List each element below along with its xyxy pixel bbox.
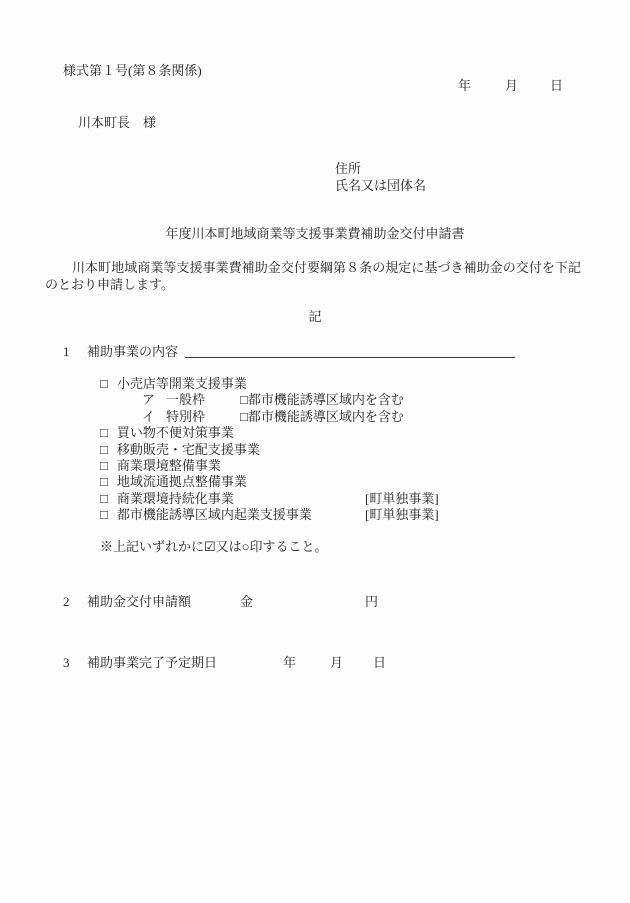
section3-label: 補助事業完了予定期日 <box>87 655 217 671</box>
check-instruction-note: ※上記いずれかに☑又は○印すること。 <box>100 539 328 555</box>
applicant-address-label: 住所 <box>335 161 361 177</box>
checkbox-label: 商業環境持続化事業 <box>117 491 234 506</box>
subitem-kana: ア <box>142 392 155 408</box>
amount-suffix-label: 円 <box>365 594 378 610</box>
checkbox-item-urban-startup-support: □都市機能誘導区域内起業支援事業 [町単独事業] <box>100 507 312 523</box>
checkbox-label: 地域流通拠点整備事業 <box>117 474 247 489</box>
checkbox-icon: □ <box>100 474 108 489</box>
subitem-label: 一般枠 <box>166 392 205 408</box>
subitem-option: □都市機能誘導区域内を含む <box>240 409 404 425</box>
checkbox-item-retail-opening: □小売店等開業支援事業 <box>100 376 312 392</box>
checkbox-label: 都市機能誘導区域内起業支援事業 <box>117 507 312 522</box>
checkbox-icon: □ <box>100 491 108 506</box>
applicant-name-label: 氏名又は団体名 <box>335 178 426 194</box>
section2-heading: 2 補助金交付申請額 金 円 <box>0 594 630 610</box>
checkbox-icon: □ <box>100 458 108 473</box>
completion-day-label: 日 <box>373 655 386 671</box>
town-project-bracket: [町単独事業] <box>365 507 439 523</box>
checkbox-label: 買い物不便対策事業 <box>117 425 234 440</box>
record-mark: 記 <box>0 309 630 325</box>
header-day-label: 日 <box>550 78 563 94</box>
section2-number: 2 <box>63 594 70 610</box>
section1-number: 1 <box>63 344 70 360</box>
checkbox-icon: □ <box>100 425 108 440</box>
checkbox-item-shopping-inconvenience: □買い物不便対策事業 <box>100 425 312 441</box>
document-page: 様式第１号(第８条関係) 年 月 日 川本町長 様 住所 氏名又は団体名 年度川… <box>0 0 630 903</box>
checkbox-icon: □ <box>240 392 248 407</box>
checkbox-subitem-special: イ 特別枠 □都市機能誘導区域内を含む <box>100 409 312 425</box>
section1-fill-in-line <box>185 344 515 358</box>
subitem-option-label: 都市機能誘導区域内を含む <box>248 392 404 407</box>
subitem-option-label: 都市機能誘導区域内を含む <box>248 409 404 424</box>
checkbox-label: 商業環境整備事業 <box>117 458 221 473</box>
checkbox-item-distribution-base: □地域流通拠点整備事業 <box>100 474 312 490</box>
checkbox-item-mobile-sales: □移動販売・宅配支援事業 <box>100 442 312 458</box>
section3-number: 3 <box>63 655 70 671</box>
form-number: 様式第１号(第８条関係) <box>63 63 202 79</box>
completion-month-label: 月 <box>330 655 343 671</box>
document-title: 年度川本町地域商業等支援事業費補助金交付申請書 <box>0 226 630 242</box>
header-month-label: 月 <box>505 78 518 94</box>
subitem-option: □都市機能誘導区域内を含む <box>240 392 404 408</box>
subitem-label: 特別枠 <box>166 409 205 425</box>
addressee: 川本町長 様 <box>78 115 156 131</box>
checkbox-icon: □ <box>240 409 248 424</box>
project-checkbox-list: □小売店等開業支援事業 ア 一般枠 □都市機能誘導区域内を含む イ 特別枠 □都… <box>100 376 312 524</box>
intro-paragraph: 川本町地域商業等支援事業費補助金交付要綱第８条の規定に基づき補助金の交付を下記の… <box>45 260 581 293</box>
checkbox-item-environment-sustainability: □商業環境持続化事業 [町単独事業] <box>100 491 312 507</box>
checkbox-icon: □ <box>100 376 108 391</box>
section2-label: 補助金交付申請額 <box>87 594 191 610</box>
header-year-label: 年 <box>458 78 471 94</box>
completion-year-label: 年 <box>283 655 296 671</box>
header-date-line: 年 月 日 <box>0 78 630 94</box>
subitem-kana: イ <box>142 409 155 425</box>
section1-heading: 1 補助事業の内容 <box>0 344 630 360</box>
section3-heading: 3 補助事業完了予定期日 年 月 日 <box>0 655 630 671</box>
town-project-bracket: [町単独事業] <box>365 491 439 507</box>
amount-prefix-label: 金 <box>240 594 253 610</box>
checkbox-icon: □ <box>100 442 108 457</box>
checkbox-subitem-general: ア 一般枠 □都市機能誘導区域内を含む <box>100 392 312 408</box>
checkbox-item-commercial-environment: □商業環境整備事業 <box>100 458 312 474</box>
section1-label: 補助事業の内容 <box>87 344 178 360</box>
checkbox-icon: □ <box>100 507 108 522</box>
checkbox-label: 小売店等開業支援事業 <box>117 376 247 391</box>
checkbox-label: 移動販売・宅配支援事業 <box>117 442 260 457</box>
